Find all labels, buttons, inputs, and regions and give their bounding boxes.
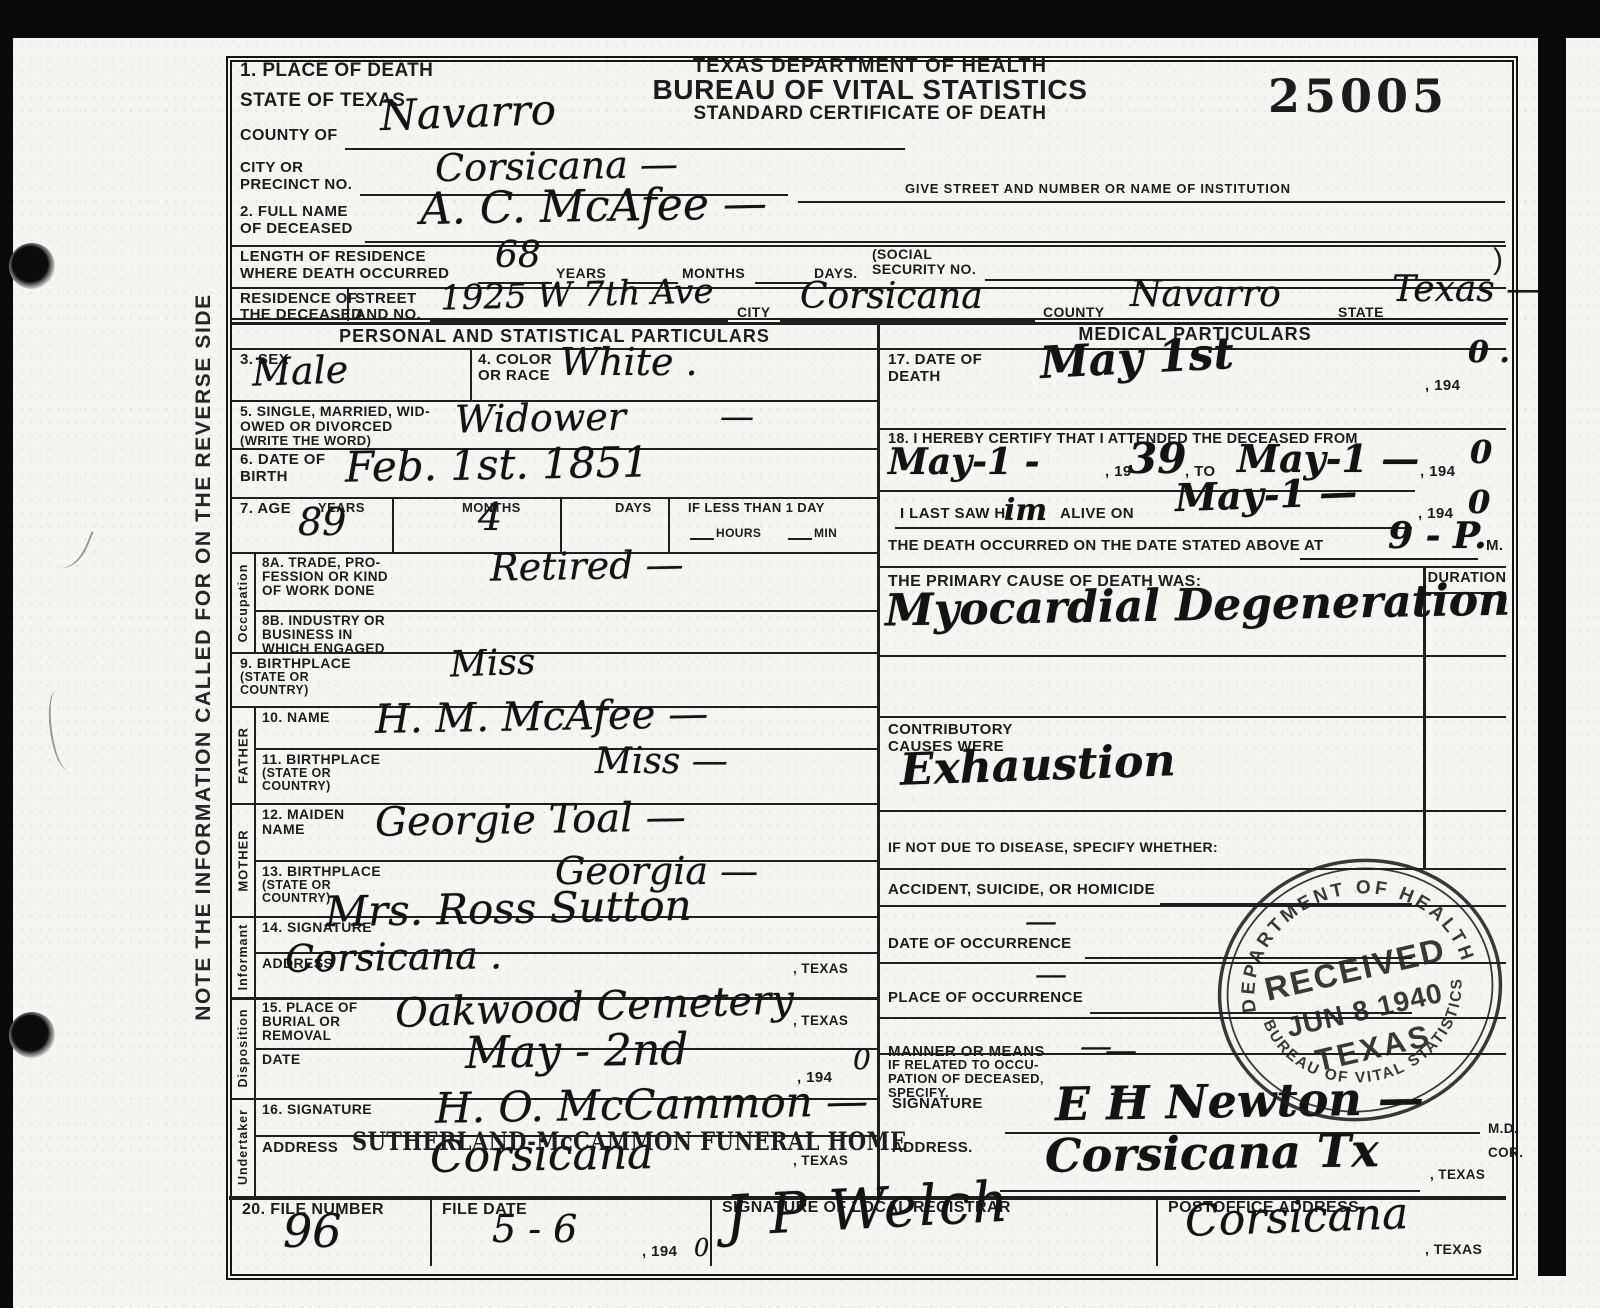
dob-label-line2: BIRTH (240, 469, 288, 485)
band-rule (232, 348, 1506, 350)
postoffice-texas-label: , TEXAS (1425, 1242, 1482, 1257)
contributory-label-line1: CONTRIBUTORY (888, 722, 1013, 738)
ssn-label-line1: (SOCIAL (872, 247, 932, 262)
not-disease-label: IF NOT DUE TO DISEASE, SPECIFY WHETHER: (888, 840, 1218, 855)
row-rule (254, 748, 877, 750)
side-strip-divider (254, 706, 256, 803)
to-year-prefix: , 194 (1420, 464, 1455, 480)
footer-divider (430, 1199, 432, 1266)
color-label-line1: 4. COLOR (478, 352, 552, 368)
last-saw-fill: im (1004, 496, 1047, 526)
accident-label: ACCIDENT, SUICIDE, OR HOMICIDE (888, 882, 1155, 898)
res-state-label: STATE (1338, 305, 1384, 320)
row-rule (880, 566, 1506, 568)
postoffice-value: Corsicana (1184, 1192, 1409, 1244)
received-stamp: DEPARTMENT OF HEALTH BUREAU OF VITAL STA… (1198, 842, 1522, 1142)
father-bp-value: Miss — (595, 744, 728, 780)
mother-bp-label-line3: COUNTRY) (262, 892, 331, 905)
occurred-time-value: 9 - P. (1388, 518, 1487, 554)
side-strip-divider (254, 916, 256, 997)
age-months-value: 4 (478, 498, 502, 536)
burial-date-label: DATE (262, 1052, 301, 1067)
dod-label-line1: 17. DATE OF (888, 352, 982, 368)
fullname-label-line1: 2. FULL NAME (240, 204, 348, 220)
dob-value: Feb. 1st. 1851 (345, 441, 650, 488)
hours-label: HOURS (716, 527, 761, 540)
sex-color-divider (470, 348, 472, 400)
residence-label-line1: RESIDENCE OF (240, 291, 357, 307)
county-value: Navarro (379, 89, 556, 137)
age-divider (392, 497, 394, 552)
res-city-value: Corsicana (800, 279, 983, 315)
burial-year-value: 0 (853, 1046, 871, 1074)
res-county-label: COUNTY (1043, 305, 1105, 320)
cor-label: COR. (1488, 1146, 1523, 1160)
informant-texas-label: , TEXAS (793, 962, 848, 976)
registrar-signature: J P Welch (724, 1175, 1012, 1246)
footer-divider (710, 1199, 712, 1266)
band-rule (232, 318, 1506, 320)
hours-rule (690, 538, 714, 540)
res-county-value: Navarro (1130, 277, 1281, 313)
fullname-label-line2: OF DECEASED (240, 221, 353, 237)
informant-addr-value: Corsicana . (285, 936, 503, 978)
less-day-label: IF LESS THAN 1 DAY (688, 501, 825, 515)
length-label-line1: LENGTH OF RESIDENCE (240, 249, 426, 265)
side-strip-divider (254, 552, 256, 652)
fullname-value: A. C. McAfee — (420, 182, 768, 232)
mother-side-label: MOTHER (236, 821, 251, 901)
dod-value: May 1st (1039, 332, 1235, 386)
last-saw-label-b: ALIVE ON (1060, 506, 1134, 522)
length-years-value: 68 (495, 238, 541, 274)
res-state-value: Texas — (1392, 272, 1542, 308)
write-rule (880, 810, 1506, 812)
personal-section-title: PERSONAL AND STATISTICAL PARTICULARS (232, 327, 877, 346)
city-label-line1: CITY OR (240, 160, 303, 176)
color-label-line2: OR RACE (478, 368, 550, 384)
column-divider (877, 318, 880, 1196)
burial-date-value: May - 2nd (465, 1028, 689, 1076)
certificate-number: 25005 (1268, 72, 1448, 120)
city-label-line2: PRECINCT NO. (240, 177, 352, 193)
mother-bp-label-line1: 13. BIRTHPLACE (262, 864, 381, 879)
res-city-label: CITY (737, 305, 771, 320)
age-years-value: 89 (298, 503, 346, 541)
md-signature-label: SIGNATURE (892, 1096, 983, 1112)
marital-label-line1: 5. SINGLE, MARRIED, WID- (240, 404, 430, 419)
footer-divider (1156, 1199, 1158, 1266)
to-year-value: 0 (1470, 436, 1492, 468)
hole-punch-top (9, 243, 55, 289)
county-label: COUNTY OF (240, 128, 338, 145)
father-name-value: H. M. McAfee — (375, 694, 709, 740)
min-label: MIN (814, 527, 837, 540)
margin-pencil-mark (50, 521, 93, 574)
occurred-label: THE DEATH OCCURRED ON THE DATE STATED AB… (888, 538, 1323, 554)
margin-pencil-mark (45, 689, 80, 772)
attended-from-value: May-1 - (888, 444, 1040, 480)
rel-label-line2: PATION OF DECEASED, (888, 1072, 1044, 1086)
age-label: 7. AGE (240, 501, 291, 517)
last-saw-value: May-1 — (1174, 473, 1357, 517)
row-rule (254, 610, 877, 612)
hole-punch-bottom (9, 1012, 55, 1058)
birthplace-label-line1: 9. BIRTHPLACE (240, 656, 351, 671)
place-of-death-label: 1. PLACE OF DEATH (240, 61, 433, 81)
row-rule (232, 497, 877, 499)
department-title-line2: BUREAU OF VITAL STATISTICS (600, 75, 1140, 104)
file-number-value: 96 (283, 1208, 342, 1254)
institution-note: GIVE STREET AND NUMBER OR NAME OF INSTIT… (905, 182, 1291, 196)
father-name-label: 10. NAME (262, 710, 330, 725)
birthplace-value: Miss (449, 645, 536, 684)
street-label-line1: STREET (355, 291, 417, 307)
color-value: White . (560, 343, 698, 381)
trade-value: Retired — (490, 545, 684, 586)
trade-label-line3: OF WORK DONE (262, 584, 375, 598)
age-days-label: DAYS (615, 501, 652, 515)
burial-texas-label: , TEXAS (793, 1014, 848, 1028)
dod-label-line2: DEATH (888, 369, 941, 385)
last-saw-year-value: 0 (1468, 486, 1490, 518)
burial-label-line3: REMOVAL (262, 1029, 331, 1043)
disposition-side-label: Disposition (236, 1003, 250, 1093)
section-rule (232, 245, 1506, 247)
residence-label-line2: THE DECEASED (240, 307, 362, 323)
file-date-value: 5 - 6 (492, 1210, 577, 1248)
marital-label-line2: OWED OR DIVORCED (240, 419, 393, 434)
row-rule (880, 428, 1506, 430)
street-label-line2: AND NO. (355, 307, 421, 323)
marital-dash: — (720, 400, 754, 434)
scan-edge-right (1538, 38, 1566, 1276)
md-texas-label: , TEXAS (1430, 1168, 1485, 1182)
father-bp-label-line1: 11. BIRTHPLACE (262, 752, 380, 767)
father-bp-label-line3: COUNTRY) (262, 780, 331, 793)
margin-note: NOTE THE INFORMATION CALLED FOR ON THE R… (193, 289, 217, 1025)
rel-label-line1: IF RELATED TO OCCU- (888, 1058, 1039, 1072)
side-strip-divider (254, 1098, 256, 1196)
write-rule (895, 527, 1412, 529)
write-rule (880, 716, 1506, 718)
scan-edge-left (0, 0, 13, 1308)
father-side-label: FATHER (236, 716, 251, 796)
file-year-prefix: , 194 (642, 1244, 677, 1260)
informant-side-label: Informant (236, 914, 250, 1000)
scan-edge-top (0, 0, 1600, 38)
undertaker-side-label: Undertaker (236, 1102, 250, 1192)
marital-value: Widower (455, 398, 627, 439)
funeral-home-stamp: SUTHERLAND-McCAMMON FUNERAL HOME (352, 1127, 907, 1157)
manner-dash: — (1105, 1034, 1137, 1066)
maiden-label-line1: 12. MAIDEN (262, 807, 345, 822)
from-year-value: 39 (1128, 438, 1186, 480)
dob-label-line1: 6. DATE OF (240, 452, 325, 468)
undertaker-sig-label: 16. SIGNATURE (262, 1102, 372, 1117)
institution-rule (798, 201, 1505, 203)
undertaker-addr-label: ADDRESS (262, 1140, 338, 1156)
accident-dash: — (1025, 905, 1057, 937)
last-saw-label-a: I LAST SAW H (900, 506, 1006, 522)
occurred-rule (1300, 558, 1478, 560)
occupation-side-label: Occupation (236, 558, 250, 648)
contributory-value: Exhaustion (899, 739, 1176, 793)
ssn-label-line2: SECURITY NO. (872, 262, 976, 277)
department-title-line3: STANDARD CERTIFICATE OF DEATH (600, 104, 1140, 124)
birthplace-label-line3: COUNTRY) (240, 684, 309, 697)
maiden-label-line2: NAME (262, 822, 305, 837)
primary-cause-value: Myocardial Degeneration (885, 579, 1511, 634)
file-year-value: 0 (694, 1236, 709, 1260)
write-rule (880, 655, 1506, 657)
min-rule (788, 538, 812, 540)
street-value: 1925 W 7th Ave (440, 274, 714, 315)
occurred-m-label: M. (1486, 538, 1503, 554)
undertaker-sig-value: H. O. McCammon — (435, 1080, 869, 1130)
sex-value: Male (251, 350, 348, 391)
informant-sig-value: Mrs. Ross Sutton (325, 885, 692, 933)
scanned-death-certificate: NOTE THE INFORMATION CALLED FOR ON THE R… (0, 0, 1600, 1308)
dod-year-prefix: , 194 (1425, 378, 1460, 394)
date-occ-dash: — (1035, 958, 1067, 990)
maiden-value: Georgie Toal — (375, 797, 686, 842)
length-label-line2: WHERE DEATH OCCURRED (240, 266, 449, 282)
dod-year-value: 0 . (1468, 338, 1510, 368)
